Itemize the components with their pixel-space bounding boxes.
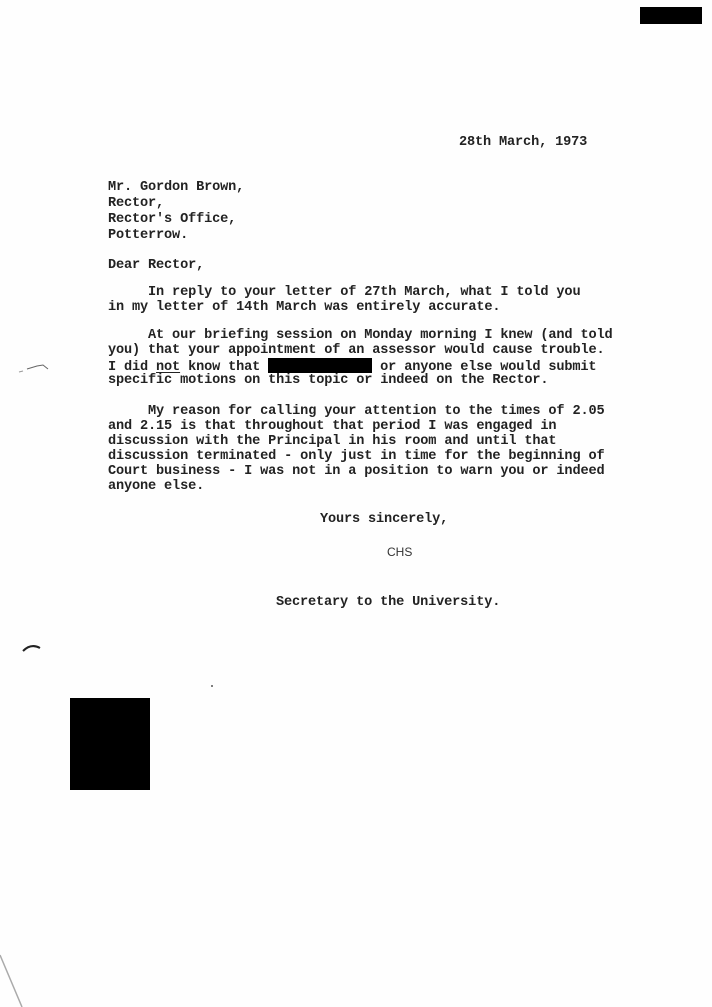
redaction-block-bottom — [70, 698, 150, 790]
signature-title: Secretary to the University. — [276, 595, 500, 611]
signature-initials: CHS — [387, 545, 412, 559]
paragraph-line: specific motions on this topic or indeed… — [108, 373, 548, 389]
page-edge-line — [0, 950, 30, 1007]
closing: Yours sincerely, — [320, 512, 448, 528]
recipient-line: Mr. Gordon Brown, — [108, 180, 244, 196]
paragraph-line: you) that your appointment of an assesso… — [108, 343, 604, 359]
redaction-block-top — [640, 7, 702, 24]
recipient-line: Rector, — [108, 196, 164, 212]
paragraph-line: In reply to your letter of 27th March, w… — [108, 285, 580, 301]
paragraph-line: anyone else. — [108, 479, 204, 495]
redaction-inline — [268, 358, 372, 373]
letter-date: 28th March, 1973 — [459, 135, 587, 151]
recipient-line: Rector's Office, — [108, 212, 236, 228]
salutation: Dear Rector, — [108, 258, 204, 274]
recipient-line: Potterrow. — [108, 228, 188, 244]
paragraph-line: At our briefing session on Monday mornin… — [108, 328, 612, 344]
paragraph-line: and 2.15 is that throughout that period … — [108, 419, 556, 435]
dot-mark — [211, 685, 213, 687]
arc-mark-icon — [20, 640, 44, 654]
paragraph-line: discussion with the Principal in his roo… — [108, 434, 556, 450]
paragraph-line: in my letter of 14th March was entirely … — [108, 300, 500, 316]
letter-page: 28th March, 1973 Mr. Gordon Brown, Recto… — [0, 0, 712, 1007]
paragraph-line: My reason for calling your attention to … — [108, 404, 604, 420]
paragraph-line: discussion terminated - only just in tim… — [108, 449, 604, 465]
paragraph-line: Court business - I was not in a position… — [108, 464, 604, 480]
pen-mark-icon — [15, 360, 55, 376]
